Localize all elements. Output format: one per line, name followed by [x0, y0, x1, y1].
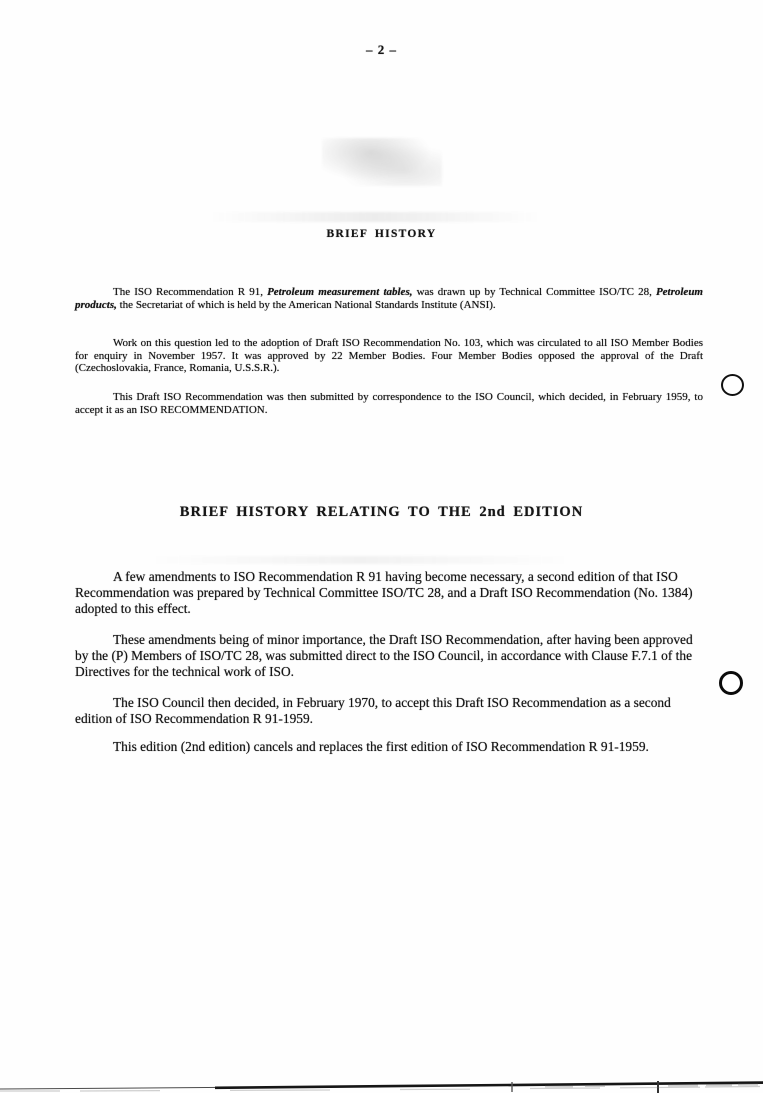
scan-smudge: [322, 138, 442, 186]
scan-edge-artifact: [0, 1060, 763, 1093]
binder-hole-mark-icon: [719, 671, 743, 695]
paragraph: This Draft ISO Recommendation was then s…: [75, 391, 703, 416]
scan-smudge: [210, 212, 540, 222]
paragraph: Work on this question led to the adoptio…: [75, 337, 703, 375]
paragraph: This edition (2nd edition) cancels and r…: [75, 739, 693, 755]
binder-hole-mark-icon: [721, 374, 744, 396]
scan-smudge: [150, 556, 570, 564]
section1-heading: BRIEF HISTORY: [0, 228, 763, 240]
section2-heading: BRIEF HISTORY RELATING TO THE 2nd EDITIO…: [0, 504, 763, 521]
paragraph: The ISO Council then decided, in Februar…: [75, 695, 693, 727]
paragraph: The ISO Recommendation R 91, Petroleum m…: [75, 286, 703, 311]
page-number: – 2 –: [0, 42, 763, 58]
paragraph: A few amendments to ISO Recommendation R…: [75, 569, 693, 617]
document-page: – 2 – BRIEF HISTORY The ISO Recommendati…: [0, 0, 763, 1093]
paragraph: These amendments being of minor importan…: [75, 632, 693, 680]
